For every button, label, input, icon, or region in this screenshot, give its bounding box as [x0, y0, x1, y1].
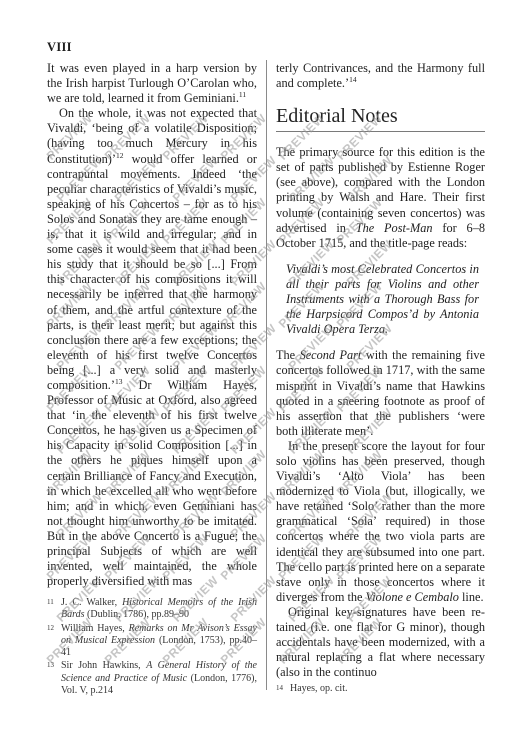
- title-page-quote: Vivaldi’s most Celebrated Concertos in a…: [286, 262, 479, 337]
- footnotes-left: 11 J. C. Walker, Historical Memoirs of t…: [47, 597, 257, 698]
- left-column: It was even played in a harp version by …: [47, 61, 257, 589]
- column-divider: [266, 60, 267, 690]
- footnote-ref-11[interactable]: 11: [239, 90, 246, 99]
- paragraph-key-signatures: Original key-signatures have been re­tai…: [276, 605, 485, 680]
- right-column: terly Contrivances, and the Harmony full…: [276, 61, 485, 680]
- footnote-13: 13 Sir John Hawkins, A General History o…: [47, 660, 257, 697]
- paragraph-present-score: In the present score the layout for four…: [276, 439, 485, 605]
- paragraph-harp-version: It was even played in a harp version by …: [47, 61, 257, 106]
- paragraph-vivaldi-disposition: On the whole, it was not expected that V…: [47, 106, 257, 589]
- footnote-number: 11: [47, 597, 61, 622]
- section-heading-editorial-notes: Editorial Notes: [276, 104, 485, 132]
- footnotes-right: 14 Hayes, op. cit.: [276, 683, 485, 696]
- footnote-ref-14[interactable]: 14: [349, 75, 357, 84]
- paragraph-second-part: The Second Part with the remaining five …: [276, 348, 485, 439]
- footnote-14: 14 Hayes, op. cit.: [276, 683, 485, 695]
- paragraph-primary-source: The primary source for this edition is t…: [276, 145, 485, 251]
- footnote-11: 11 J. C. Walker, Historical Memoirs of t…: [47, 597, 257, 622]
- footnote-12: 12 William Hayes, Remarks on Mr Avison’s…: [47, 623, 257, 660]
- footnote-number: 14: [276, 683, 290, 695]
- paragraph-continuation: terly Contrivances, and the Harmony full…: [276, 61, 485, 91]
- footnote-number: 12: [47, 623, 61, 660]
- footnote-ref-12[interactable]: 12: [116, 151, 124, 160]
- page-number: VIII: [47, 40, 72, 55]
- footnote-number: 13: [47, 660, 61, 697]
